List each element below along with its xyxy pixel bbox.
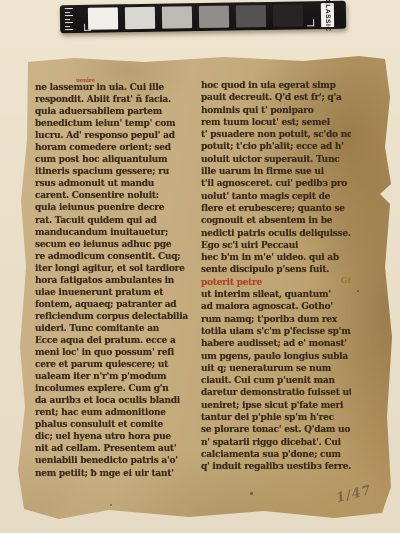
manuscript-line: respondit. Abiit frat' ñ facia. xyxy=(35,94,198,106)
manuscript-line: hominis qui t' poniparo xyxy=(201,105,351,117)
manuscript-line: reficiendum corpus delectabilia xyxy=(35,311,198,323)
manuscript-line: ciauit. Cui cum p'uenit man xyxy=(201,375,351,387)
manuscript-line: habere audisset; ad e' monast' xyxy=(201,338,351,350)
manuscript-line: cere et parum quiescere; ut xyxy=(35,359,198,371)
manuscript-line: fontem, aquaeq; patranter ad xyxy=(35,299,198,311)
grayscale-patch xyxy=(125,7,155,29)
manuscript-line: hoc quod in uia egerat simp xyxy=(201,80,351,92)
manuscript-line: ueniabili benedicto patris a'o' xyxy=(35,455,198,467)
manuscript-line: incolumes explere. Cum g'n xyxy=(35,383,198,395)
classic-label: CLASSIC xyxy=(321,3,334,27)
manuscript-line: Ecce aqua dei pratum. ecce a xyxy=(35,335,198,347)
margin-paraph-mark: Gñ xyxy=(341,277,351,285)
text-column-left: ne lassemur in uia. Cui illerespondit. A… xyxy=(35,82,198,480)
manuscript-line: phalus consuluit et comite xyxy=(35,419,198,431)
manuscript-line: uoluit uictor superauit. Tunc xyxy=(201,154,351,166)
manuscript-line: uiae inuenerunt pratum et xyxy=(35,287,198,299)
manuscript-line: nedicti patris oculis deliquisse. xyxy=(201,228,351,240)
manuscript-page: ne lassemur in uia. Cui illerespondit. A… xyxy=(14,52,394,524)
manuscript-line: rat. Tacuit quidem qui ad xyxy=(35,215,198,227)
registration-bracket-icon xyxy=(307,19,314,26)
manuscript-line: calciamenta sua p'done; cum xyxy=(201,449,351,461)
manuscript-line: hec b'm in m'e' uideo. qui ab xyxy=(201,252,351,264)
photo-backdrop: CLASSIC ne lassemur in uia. Cui illeresp… xyxy=(0,0,400,533)
grayscale-patches xyxy=(88,4,303,29)
stain-speck xyxy=(357,290,359,292)
rubric-line: poterit petre Gñ xyxy=(201,277,351,289)
manuscript-line: Ego sc'i uiri Peccaui xyxy=(201,240,351,252)
manuscript-line: cognouit et absentem in be xyxy=(201,215,351,227)
calibration-bar: CLASSIC xyxy=(60,1,346,33)
manuscript-line: rsus admonuit ut mandu xyxy=(35,178,198,190)
manuscript-line: manducandum inuitauetur; xyxy=(35,227,198,239)
manuscript-line: nit ad cellam. Presentem aut' xyxy=(35,443,198,455)
manuscript-line: benedictum ieiun' temp' com xyxy=(35,118,198,130)
manuscript-line: hora fatigatos ambulantes in xyxy=(35,275,198,287)
manuscript-line: ut interim sileat, quantum' xyxy=(201,289,351,301)
manuscript-line: nem petiit; ƀ mge ei uir tant' xyxy=(35,468,198,480)
manuscript-line: potuit; t'cio ph'alit; ecce ad h' xyxy=(201,141,351,153)
manuscript-line: n' spatarii riggo dicebat'. Cui xyxy=(201,437,351,449)
classic-label-text: CLASSIC xyxy=(324,0,332,31)
manuscript-line: quia ieiunus puenire decre xyxy=(35,202,198,214)
manuscript-line: itineris spacium gessere; ru xyxy=(35,166,198,178)
manuscript-line: cum post hoc aliquantulum xyxy=(35,154,198,166)
manuscript-line: daretur demonstratio fuisset ut xyxy=(201,387,351,399)
manuscript-line: sente discipulo p'sens fuit. xyxy=(201,264,351,276)
manuscript-line: ualeam iter n'r'm p'modum xyxy=(35,371,198,383)
manuscript-line: uit q; ueneraturum se num xyxy=(201,363,351,375)
grayscale-patch xyxy=(199,6,229,28)
interlinear-gloss: uenire xyxy=(76,78,95,84)
manuscript-line: da auribз et loca oculis blandi xyxy=(35,395,198,407)
manuscript-line: ueniret; ipse sicut p'fate meri xyxy=(201,400,351,412)
manuscript-line: t' psuadere non potuit, sc'do no xyxy=(201,129,351,141)
manuscript-line: secum eo ieiunus adhuc pge xyxy=(35,239,198,251)
manuscript-line: horam comedere orient; sed xyxy=(35,142,198,154)
grayscale-patch xyxy=(162,6,192,28)
manuscript-line: re admodicum consentit. Cuq; xyxy=(35,251,198,263)
grayscale-patch xyxy=(273,4,303,26)
manuscript-line: quia aduersabilem partem xyxy=(35,106,198,118)
stain-speck xyxy=(110,504,112,506)
manuscript-line: iter longi agitur, et sol tardiore xyxy=(35,263,198,275)
manuscript-line: uolut' tanto magis cepit de xyxy=(201,191,351,203)
manuscript-line: lucru. Ad' responso pepul' ad xyxy=(35,130,198,142)
manuscript-line: totila uiam s'c'm p'fecisse sp'm xyxy=(201,326,351,338)
manuscript-line: t'il agnosceret. cui' pedibз pro xyxy=(201,178,351,190)
rubric-text: poterit petre xyxy=(201,278,262,288)
text-column-right: hoc quod in uia egerat simppauit decreui… xyxy=(201,80,351,474)
manuscript-line: tantur dei p'phie sp'm h'rec xyxy=(201,412,351,424)
registration-bracket-icon xyxy=(84,24,91,31)
grayscale-patch xyxy=(236,5,266,27)
ruler-ticks-icon xyxy=(65,8,73,30)
manuscript-line: se plorare tonac' est. Q'dam uo xyxy=(201,424,351,436)
manuscript-line: rum namq; t'poribз dum rex xyxy=(201,314,351,326)
right-paragraph-2: ut interim sileat, quantum'ad maiora agn… xyxy=(201,289,351,473)
manuscript-line: dic; uel hyena utro hora pue xyxy=(35,431,198,443)
manuscript-line: ad maiora agnoscat. Gotho' xyxy=(201,301,351,313)
stain-speck xyxy=(250,492,253,495)
manuscript-line: ne lassemur in uia. Cui ille xyxy=(35,82,198,94)
manuscript-line: ille uarum in firme sue ui xyxy=(201,166,351,178)
manuscript-line: meni loc' in quo possum' refi xyxy=(35,347,198,359)
right-paragraph-1: hoc quod in uia egerat simppauit decreui… xyxy=(201,80,351,277)
manuscript-line: rent; hac eum admonitione xyxy=(35,407,198,419)
manuscript-line: uideri. Tunc comitante an xyxy=(35,323,198,335)
manuscript-line: pauit decreuit. Q'd est fr'; q'a xyxy=(201,92,351,104)
manuscript-line: carent. Consentire noluit: xyxy=(35,190,198,202)
manuscript-line: rem tuum locut' est; semel xyxy=(201,117,351,129)
grayscale-patch xyxy=(88,7,118,29)
manuscript-line: q' induit regalibз uestibз ferre. xyxy=(201,461,351,473)
manuscript-line: flere et erubescere; quanto se xyxy=(201,203,351,215)
manuscript-line: um pgens, paulo longius subla xyxy=(201,351,351,363)
